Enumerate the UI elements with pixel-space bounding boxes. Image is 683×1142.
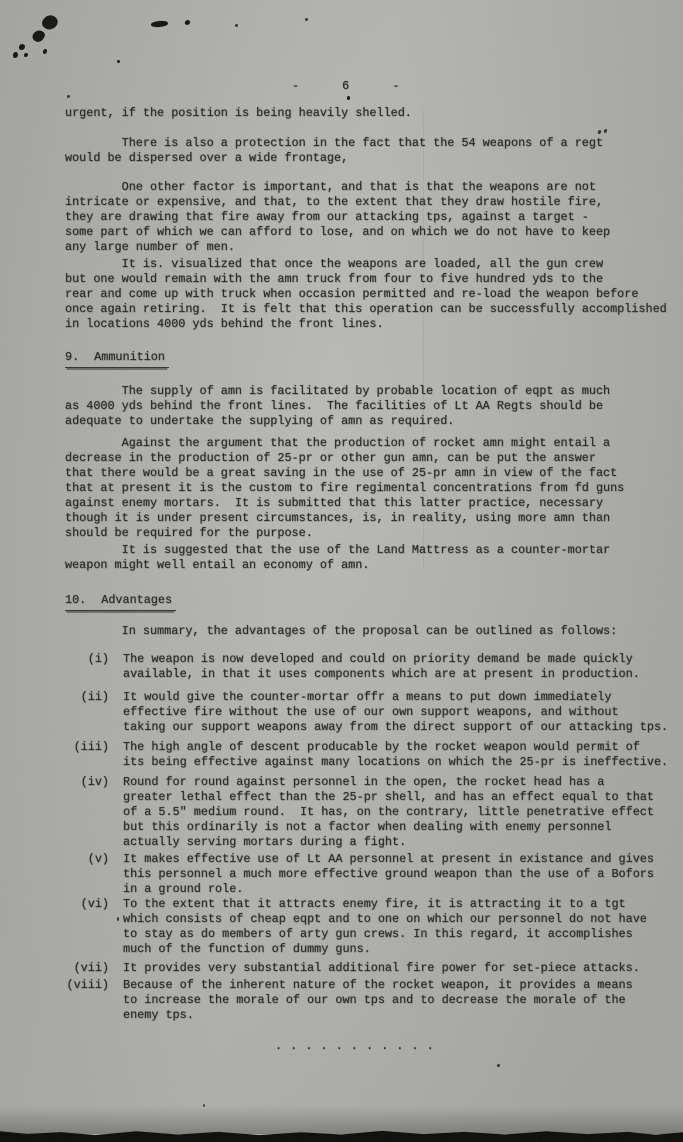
para-protection: There is also a protection in the fact t… <box>65 136 603 166</box>
item-vi-label: (vi) <box>65 897 109 957</box>
item-vii: (vii)It provides very substantial additi… <box>65 961 640 976</box>
scanned-document-page: - 6 -urgent, if the position is being he… <box>0 0 683 1142</box>
heading-advantages-title: Advantages <box>101 593 172 607</box>
item-i-text: The weapon is now developed and could on… <box>123 652 640 682</box>
ink-speck <box>235 24 238 27</box>
ink-speck <box>603 129 607 134</box>
ink-speck <box>597 130 601 135</box>
ink-speck <box>184 19 190 25</box>
ink-smudge <box>13 52 18 58</box>
heading-ammunition: 9.Ammunition <box>65 350 169 368</box>
paper-crease <box>423 110 424 570</box>
ink-smudge <box>19 44 25 50</box>
heading-advantages: 10.Advantages <box>65 593 176 611</box>
item-iv-text: Round for round against personnel in the… <box>123 775 654 850</box>
ink-smudge <box>24 53 28 57</box>
para-against: Against the argument that the production… <box>65 436 624 541</box>
page-number: - 6 - <box>292 79 399 94</box>
item-v: (v)It makes effective use of Lt AA perso… <box>65 852 654 897</box>
item-i-label: (i) <box>65 652 109 682</box>
item-vii-label: (vii) <box>65 961 109 976</box>
item-viii: (viii)Because of the inherent nature of … <box>65 978 633 1023</box>
item-iii-text: The high angle of descent producable by … <box>123 740 668 770</box>
ink-speck <box>347 96 350 100</box>
item-vi: (vi)To the extent that it attracts enemy… <box>65 897 647 957</box>
ink-speck <box>67 95 70 98</box>
heading-ammunition-title: Ammunition <box>94 350 165 364</box>
end-dots: . . . . . . . . . . . <box>275 1039 434 1054</box>
heading-advantages-number: 10. <box>65 593 86 607</box>
para-suggested: It is suggested that the use of the Land… <box>65 543 610 573</box>
heading-ammunition-number: 9. <box>65 350 79 364</box>
item-v-text: It makes effective use of Lt AA personne… <box>123 852 654 897</box>
item-vii-text: It provides very substantial additional … <box>123 961 640 976</box>
item-v-label: (v) <box>65 852 109 897</box>
item-iv: (iv)Round for round against personnel in… <box>65 775 654 850</box>
ink-speck <box>497 1064 500 1067</box>
para-factor: One other factor is important, and that … <box>65 180 610 255</box>
item-i: (i)The weapon is now developed and could… <box>65 652 640 682</box>
item-viii-label: (viii) <box>65 978 109 1023</box>
ink-smudge <box>43 49 47 54</box>
item-iii-label: (iii) <box>65 740 109 770</box>
item-iii: (iii)The high angle of descent producabl… <box>65 740 668 770</box>
item-vi-text: To the extent that it attracts enemy fir… <box>123 897 647 957</box>
para-urgent: urgent, if the position is being heavily… <box>65 106 412 121</box>
heading-advantages-underline: 10.Advantages <box>65 593 176 611</box>
ink-speck <box>305 18 308 21</box>
para-visualized: It is. visualized that once the weapons … <box>65 257 667 332</box>
ink-dash-mark <box>151 20 168 27</box>
item-viii-text: Because of the inherent nature of the ro… <box>123 978 633 1023</box>
ink-smudge <box>40 12 60 32</box>
heading-ammunition-underline: 9.Ammunition <box>65 350 169 368</box>
para-summary: In summary, the advantages of the propos… <box>65 624 617 639</box>
item-ii-text: It would give the counter-mortar offr a … <box>123 690 668 735</box>
item-ii-label: (ii) <box>65 690 109 735</box>
item-ii: (ii)It would give the counter-mortar off… <box>65 690 668 735</box>
ink-speck <box>117 60 120 63</box>
para-supply: The supply of amn is facilitated by prob… <box>65 384 610 429</box>
item-iv-label: (iv) <box>65 775 109 850</box>
ink-smudge <box>31 28 47 44</box>
scan-edge-shadow <box>0 1106 683 1134</box>
